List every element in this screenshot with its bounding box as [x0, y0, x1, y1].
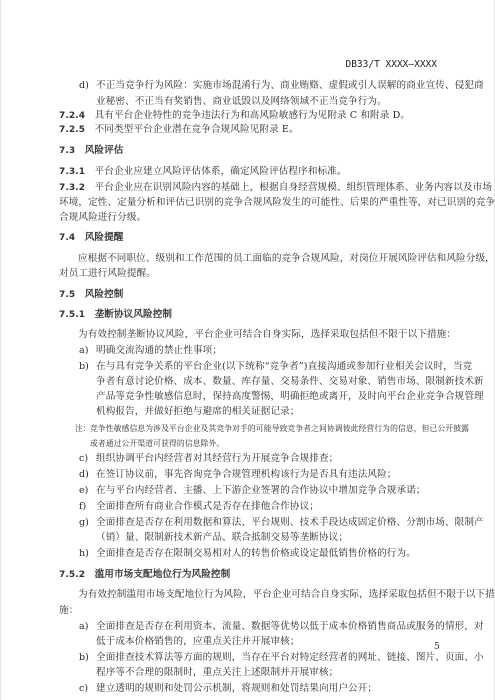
clause-text: 具有平台企业特性的竞争违法行为和高风险敏感行为见附录 C 和附录 D。	[95, 110, 411, 121]
section-heading-7-4: 7.4 风险提醒	[59, 232, 123, 244]
list-item-text: （销）量、限制新技术新产品、联合抵制交易等垄断协议；	[96, 532, 348, 544]
list-item-text: 产品等竞争性敏感信息时，保持高度警惕，明确拒绝或离开，及时向平台企业竞争合规管理	[96, 391, 484, 403]
list-label: b)	[79, 361, 89, 373]
clause-text: 平台企业应建立风险评估体系，确定风险评估程序和标准。	[95, 166, 347, 177]
clause-7-2-4: 7.2.4 具有平台企业特性的竞争违法行为和高风险敏感行为见附录 C 和附录 D…	[59, 110, 410, 122]
list-item-text: 机构报告，并做好拒绝与避席的相关证据记录；	[96, 406, 300, 418]
section-number: 7.5	[59, 290, 75, 300]
subsection-title: 滥用市场支配地位行为风险控制	[95, 569, 231, 580]
list-item-text: 全面排查是否存在利用数据和算法、平台规则、技术手段达成固定价格、分割市场、限制产	[96, 517, 484, 529]
section-title: 风险提醒	[85, 232, 124, 243]
page-number: 5	[434, 642, 440, 652]
list-item-text: 全面排查是否存在利用资本、流量、数据等优势以低于成本价格销售商品或服务的情形，对	[96, 621, 484, 633]
list-label: d)	[79, 469, 89, 481]
list-label: c)	[79, 683, 88, 695]
list-label: b)	[79, 652, 89, 664]
paragraph-text: 应根据不同职位、级别和工作范围的员工面临的竞争合规风险，对岗位开展风险评估和风险…	[78, 253, 495, 265]
clause-7-2-5: 7.2.5 不同类型平台企业潜在竞争合规风险见附录 E。	[59, 124, 299, 136]
section-title: 风险控制	[85, 289, 124, 300]
section-title: 风险评估	[85, 145, 124, 156]
document-page: DB33/T XXXX—XXXX d) 不正当竞争行为风险：实施市场混淆行为、商…	[0, 0, 495, 700]
list-item-text: 争者有意讨论价格、成本、数量、库存量、交易条件、交易对象、销售市场、限制新技术新	[96, 376, 484, 388]
clause-text: 合规风险进行分级。	[59, 212, 146, 224]
note-text: 竞争性敏感信息为涉及平台企业及其竞争对手的可能导致竞争者之间协调彼此经营行为的信…	[90, 423, 469, 435]
list-label: c)	[79, 453, 88, 465]
paragraph-text: 为有效控制垄断协议风险，平台企业可结合自身实际，选择采取包括但不限于以下措施：	[78, 329, 456, 341]
paragraph-text: 对员工进行风险提醒。	[59, 268, 156, 280]
list-item-text: 不正当竞争行为风险：实施市场混淆行为、商业贿赂、虚假或引人误解的商业宣传、侵犯商	[96, 80, 484, 92]
list-item-text: 明确交流沟通的禁止性事项；	[96, 345, 222, 357]
clause-number: 7.3.2	[59, 183, 85, 193]
subsection-heading-7-5-1: 7.5.1 垄断协议风险控制	[59, 309, 172, 321]
clause-text: 不同类型平台企业潜在竞争合规风险见附录 E。	[95, 124, 299, 135]
note-text: 或者通过公开渠道可获得的信息除外。	[90, 438, 224, 450]
clause-text: 平台企业应在识别风险内容的基础上，根据自身经营规模、组织管理体系、业务内容以及市…	[95, 182, 492, 193]
section-number: 7.3	[59, 146, 75, 156]
subsection-title: 垄断协议风险控制	[95, 309, 173, 320]
section-number: 7.4	[59, 233, 75, 243]
subsection-number: 7.5.1	[59, 310, 85, 320]
list-item-text: 业秘密、不正当有奖销售、商业诋毁以及网络领域不正当竞争行为。	[96, 96, 387, 108]
list-item-text: 组织协调平台内经营者对其经营行为开展竞争合规排查；	[96, 453, 338, 465]
clause-7-3-1: 7.3.1 平台企业应建立风险评估体系，确定风险评估程序和标准。	[59, 166, 347, 178]
list-label: a)	[79, 345, 88, 357]
list-label: a)	[79, 621, 88, 633]
list-label: e)	[79, 485, 88, 497]
subsection-number: 7.5.2	[59, 570, 85, 580]
paragraph-text: 为有效控制滥用市场支配地位行为风险，平台企业可结合自身实际，选择采取包括但不限于…	[78, 589, 495, 601]
list-item-text: 在与具有竞争关系的平台企业(以下统称“竞争者”)直接沟通或参加行业相关会议时，当…	[96, 361, 472, 373]
paragraph-text: 施：	[59, 605, 78, 617]
list-label: h)	[79, 548, 89, 560]
list-label: g)	[79, 517, 89, 529]
clause-number: 7.2.4	[59, 111, 85, 121]
clause-number: 7.2.5	[59, 125, 85, 135]
list-item-text: 在与平台内经营者、主播、上下游企业签署的合作协议中增加竞争合规承诺；	[96, 485, 426, 497]
list-item-text: 全面排查技术算法等方面的规则，当存在平台对特定经营者的网址、链接、图片、页面、小	[96, 652, 484, 664]
note-label: 注：	[75, 423, 91, 435]
clause-number: 7.3.1	[59, 167, 85, 177]
list-item-text: 全面排查是否存在限制交易相对人的转售价格或设定最低销售价格的行为。	[96, 548, 416, 560]
list-item-text: 程序等不合理的限制时，重点关注上述限制并开展审核；	[96, 667, 338, 679]
section-heading-7-3: 7.3 风险评估	[59, 145, 123, 157]
list-item-text: 在签订协议前，事先咨询竞争合规管理机构该行为是否具有违法风险；	[96, 469, 397, 481]
clause-text: 环境，定性、定量分析和评估已识别的竞争合规风险发生的可能性、后果的严重性等，对已…	[59, 197, 495, 209]
list-label: f)	[79, 501, 86, 513]
section-heading-7-5: 7.5 风险控制	[59, 289, 123, 301]
list-item-text: 全面排查所有商业合作模式是否存在排他合作协议；	[96, 501, 319, 513]
list-item-text: 低于成本价格销售的，应重点关注并开展审核；	[96, 636, 300, 648]
document-code-header: DB33/T XXXX—XXXX	[345, 59, 437, 70]
list-label: d)	[79, 80, 89, 92]
subsection-heading-7-5-2: 7.5.2 滥用市场支配地位行为风险控制	[59, 569, 230, 581]
clause-7-3-2: 7.3.2 平台企业应在识别风险内容的基础上，根据自身经营规模、组织管理体系、业…	[59, 182, 492, 194]
list-item-text: 建立透明的规则和处罚公示机制，将规则和处罚结果向用户公开；	[96, 683, 377, 695]
